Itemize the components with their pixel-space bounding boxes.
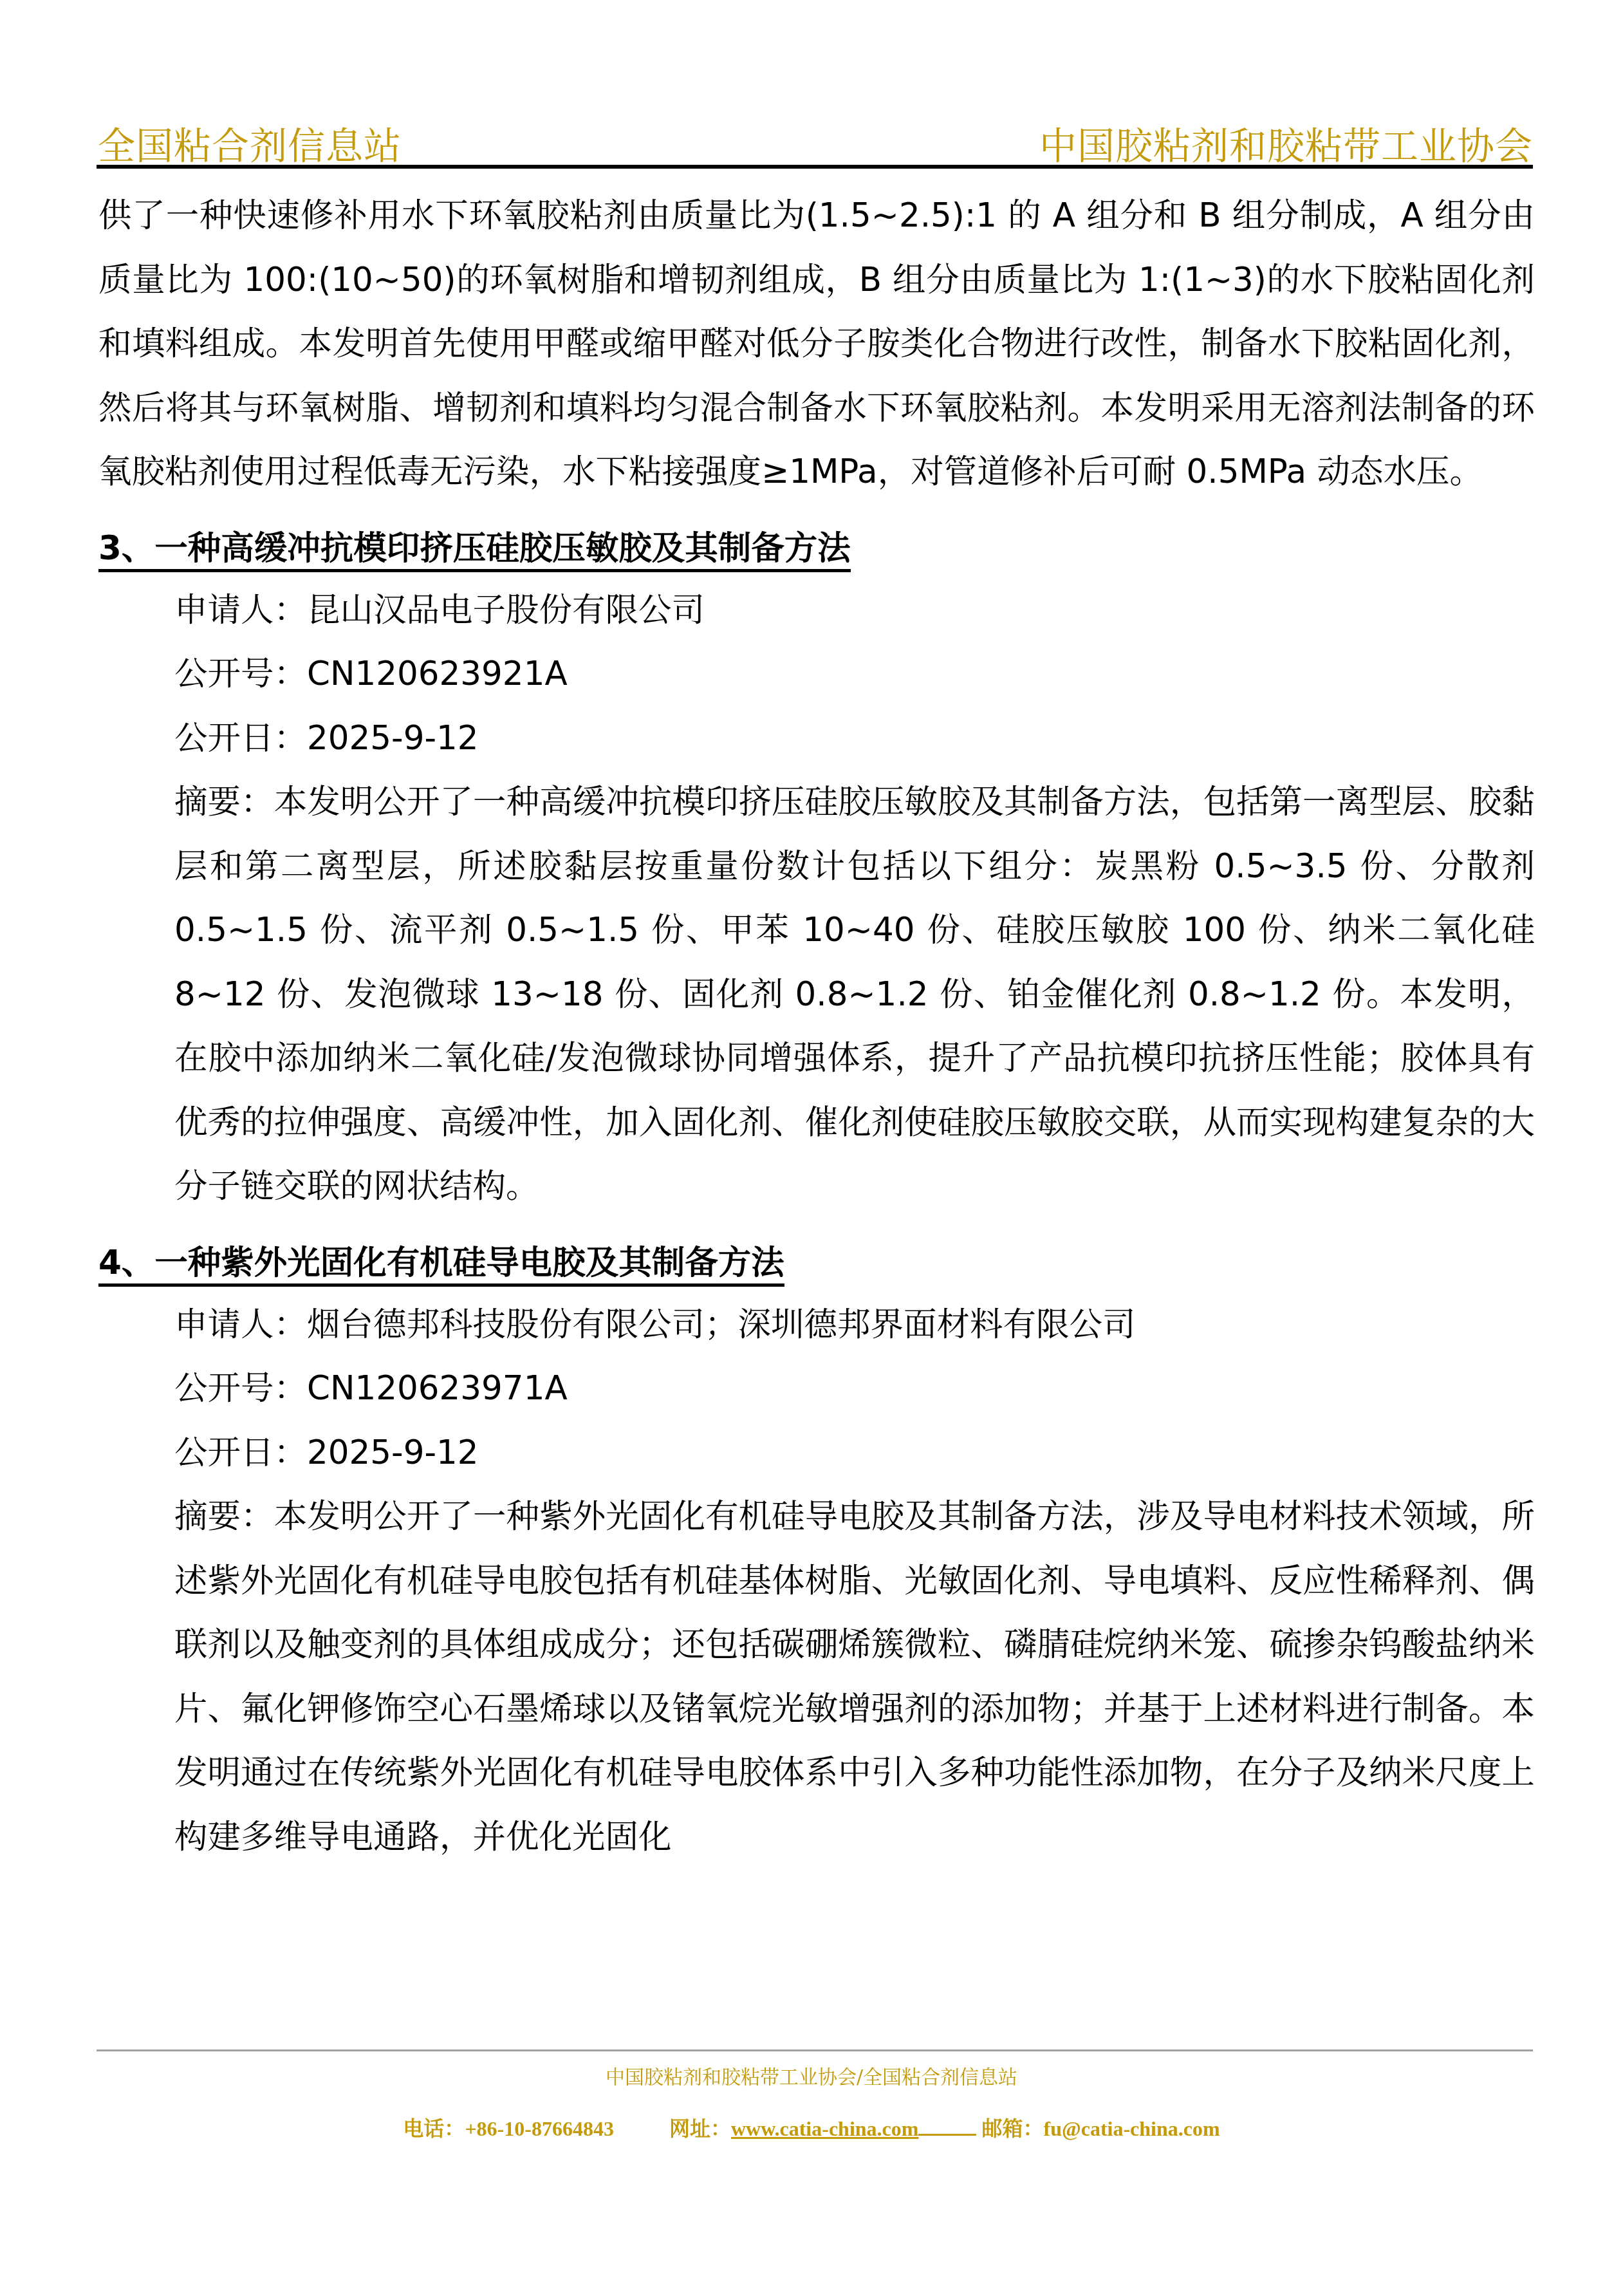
abstract-label: 摘要： xyxy=(174,1497,274,1536)
publication-date-row: 公开日：2025-9-12 xyxy=(98,1421,1535,1486)
section-title: 4、一种紫外光固化有机硅导电胶及其制备方法 xyxy=(98,1233,1535,1293)
applicant-value: 烟台德邦科技股份有限公司；深圳德邦界面材料有限公司 xyxy=(307,1305,1136,1344)
header-divider xyxy=(97,165,1533,169)
abstract-paragraph: 摘要：本发明公开了一种高缓冲抗模印挤压硅胶压敏胶及其制备方法，包括第一离型层、胶… xyxy=(98,770,1535,1219)
email-address[interactable]: fu@catia-china.com xyxy=(1043,2117,1220,2140)
footer-organization: 中国胶粘剂和胶粘带工业协会/全国粘合剂信息站 xyxy=(0,2061,1623,2089)
phone-label: 电话： xyxy=(403,2117,465,2140)
abstract-label: 摘要： xyxy=(174,783,274,821)
header-site-name: 全国粘合剂信息站 xyxy=(98,116,402,170)
applicant-value: 昆山汉品电子股份有限公司 xyxy=(307,591,705,630)
website-link[interactable]: www.catia-china.com xyxy=(731,2117,919,2140)
abstract-paragraph: 摘要：本发明公开了一种紫外光固化有机硅导电胶及其制备方法，涉及导电材料技术领域，… xyxy=(98,1485,1535,1869)
publication-date-label: 公开日： xyxy=(174,1433,307,1472)
publication-number-value: CN120623971A xyxy=(307,1369,568,1408)
applicant-label: 申请人： xyxy=(174,591,307,630)
publication-number-row: 公开号：CN120623921A xyxy=(98,642,1535,707)
applicant-row: 申请人：烟台德邦科技股份有限公司；深圳德邦界面材料有限公司 xyxy=(98,1293,1535,1358)
continued-abstract: 供了一种快速修补用水下环氧胶粘剂由质量比为(1.5~2.5):1 的 A 组分和… xyxy=(98,184,1535,505)
publication-date-value: 2025-9-12 xyxy=(307,1433,479,1472)
document-body: 供了一种快速修补用水下环氧胶粘剂由质量比为(1.5~2.5):1 的 A 组分和… xyxy=(98,184,1535,1869)
website-label: 网址： xyxy=(669,2117,731,2140)
publication-date-value: 2025-9-12 xyxy=(307,719,479,758)
publication-date-row: 公开日：2025-9-12 xyxy=(98,707,1535,771)
patent-section-3: 3、一种高缓冲抗模印挤压硅胶压敏胶及其制备方法 申请人：昆山汉品电子股份有限公司… xyxy=(98,519,1535,1219)
patent-section-4: 4、一种紫外光固化有机硅导电胶及其制备方法 申请人：烟台德邦科技股份有限公司；深… xyxy=(98,1233,1535,1870)
publication-date-label: 公开日： xyxy=(174,719,307,758)
header-association-name: 中国胶粘剂和胶粘带工业协会 xyxy=(1039,116,1533,170)
footer-divider xyxy=(97,2049,1533,2051)
publication-number-label: 公开号： xyxy=(174,1369,307,1408)
abstract-text: 本发明公开了一种紫外光固化有机硅导电胶及其制备方法，涉及导电材料技术领域，所述紫… xyxy=(174,1497,1535,1856)
publication-number-label: 公开号： xyxy=(174,655,307,693)
phone-number: +86-10-87664843 xyxy=(465,2117,614,2140)
link-underline-pad xyxy=(918,2133,976,2136)
email-label: 邮箱： xyxy=(981,2117,1043,2140)
abstract-text: 本发明公开了一种高缓冲抗模印挤压硅胶压敏胶及其制备方法，包括第一离型层、胶黏层和… xyxy=(174,783,1535,1206)
section-title: 3、一种高缓冲抗模印挤压硅胶压敏胶及其制备方法 xyxy=(98,519,1535,579)
publication-number-row: 公开号：CN120623971A xyxy=(98,1357,1535,1421)
applicant-label: 申请人： xyxy=(174,1305,307,1344)
publication-number-value: CN120623921A xyxy=(307,655,568,693)
applicant-row: 申请人：昆山汉品电子股份有限公司 xyxy=(98,579,1535,643)
footer-contact: 电话：+86-10-87664843 网址：www.catia-china.co… xyxy=(0,2113,1623,2142)
